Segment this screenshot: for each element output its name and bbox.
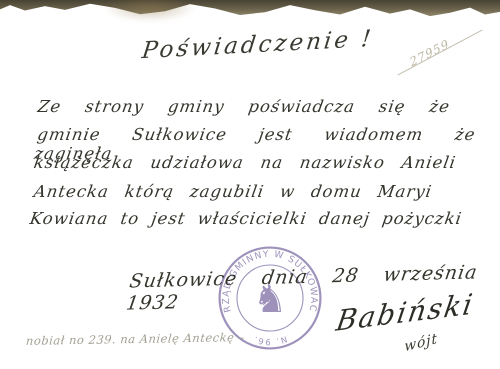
svg-text:N. 96.: N. 96. — [251, 334, 288, 347]
body-line: Ze strony gminy poświadcza się że — [36, 97, 451, 116]
body-line: Antecka którą zagubili w domu Maryi — [32, 182, 433, 201]
body-line: książeczka udziałowa na nazwisko Anieli — [32, 153, 457, 172]
signature-role: wójt — [404, 331, 438, 356]
body-line: Kowiana to jest właścicielki danej pożyc… — [28, 209, 463, 228]
corner-pencil-number: 27959 — [408, 37, 451, 70]
torn-paper-edge — [0, 0, 500, 17]
document-scan: 27959 Poświadczenie ! URZĄD GMINNY W SUŁ… — [0, 0, 500, 369]
stamp-ring-text-bottom: N. 96. — [251, 334, 288, 347]
paper-stain — [95, 0, 205, 28]
document-title: Poświadczenie ! — [141, 26, 376, 64]
